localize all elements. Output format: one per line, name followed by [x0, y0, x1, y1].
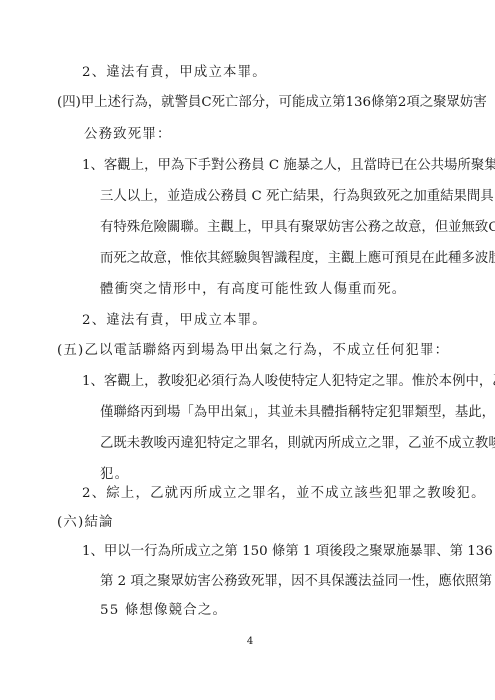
- paragraph-line: 第 2 項之聚眾妨害公務致死罪，因不具保護法益同一性，應依照第: [100, 573, 442, 591]
- paragraph-line: 2、違法有責，甲成立本罪。: [82, 312, 267, 330]
- paragraph-line: 體衝突之情形中，有高度可能性致人傷重而死。: [100, 281, 406, 299]
- paragraph-line: 2、違法有責，甲成立本罪。: [82, 64, 267, 82]
- page-number: 4: [245, 636, 255, 647]
- paragraph-line: 55 條想像競合之。: [100, 602, 227, 620]
- paragraph-line: 而死之故意，惟依其經驗與智識程度，主觀上應可預見在此種多波肢: [100, 250, 442, 268]
- paragraph-line: 三人以上，並造成公務員 C 死亡結果，行為與致死之加重結果間具: [100, 188, 442, 206]
- section-heading-4: (四)甲上述行為，就警員C死亡部分，可能成立第136條第2項之聚眾妨害: [57, 94, 441, 112]
- section-heading-6: (六)結論: [57, 514, 114, 532]
- paragraph-line: 1、客觀上，教唆犯必須行為人唆使特定人犯特定之罪。惟於本例中，乙: [82, 373, 442, 391]
- paragraph-line: 有特殊危險關聯。主觀上，甲具有聚眾妨害公務之故意，但並無致C: [100, 219, 442, 237]
- section-heading-4-continued: 公務致死罪：: [84, 126, 172, 144]
- paragraph-line: 1、甲以一行為所成立之第 150 條第 1 項後段之聚眾施暴罪、第 136 條: [82, 543, 442, 561]
- paragraph-line: 乙既未教唆丙違犯特定之罪名，則就丙所成立之罪，乙並不成立教唆: [100, 435, 442, 453]
- document-page: 2、違法有責，甲成立本罪。 (四)甲上述行為，就警員C死亡部分，可能成立第136…: [0, 0, 495, 700]
- paragraph-line: 1、客觀上，甲為下手對公務員 C 施暴之人，且當時已在公共場所聚集: [82, 157, 442, 175]
- paragraph-line: 犯。: [100, 466, 129, 484]
- paragraph-line: 僅聯絡丙到場「為甲出氣」，其並未具體指稱特定犯罪類型，基此，: [100, 404, 442, 422]
- paragraph-line: 2、綜上，乙就丙所成立之罪名，並不成立該些犯罪之教唆犯。: [82, 485, 486, 503]
- section-heading-5: (五)乙以電話聯絡丙到場為甲出氣之行為，不成立任何犯罪：: [57, 342, 449, 360]
